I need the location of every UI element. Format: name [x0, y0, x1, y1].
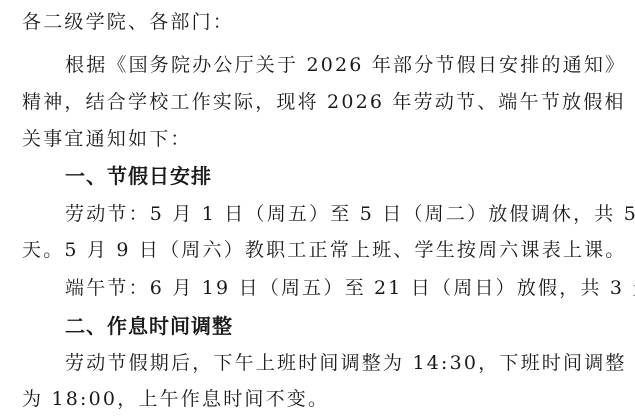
schedule-line-2: 为 18:00，上午作息时间不变。	[22, 387, 329, 411]
intro-line-2: 精神，结合学校工作实际，现将 2026 年劳动节、端午节放假相	[22, 90, 626, 114]
salutation: 各二级学院、各部门：	[22, 10, 234, 34]
section-heading-schedule: 二、作息时间调整	[65, 314, 233, 338]
dragon-boat-line: 端午节：6 月 19 日（周五）至 21 日（周日）放假，共 3 天。	[65, 276, 635, 300]
labor-day-line-2: 天。5 月 9 日（周六）教职工正常上班、学生按周六课表上课。	[22, 238, 627, 262]
labor-day-line-1: 劳动节：5 月 1 日（周五）至 5 日（周二）放假调休，共 5	[65, 202, 635, 226]
schedule-line-1: 劳动节假期后，下午上班时间调整为 14:30，下班时间调整	[65, 351, 627, 375]
intro-line-3: 关事宜通知如下：	[22, 127, 192, 151]
section-heading-holidays: 一、节假日安排	[65, 164, 212, 188]
intro-line-1: 根据《国务院办公厅关于 2026 年部分节假日安排的通知》	[65, 53, 626, 77]
